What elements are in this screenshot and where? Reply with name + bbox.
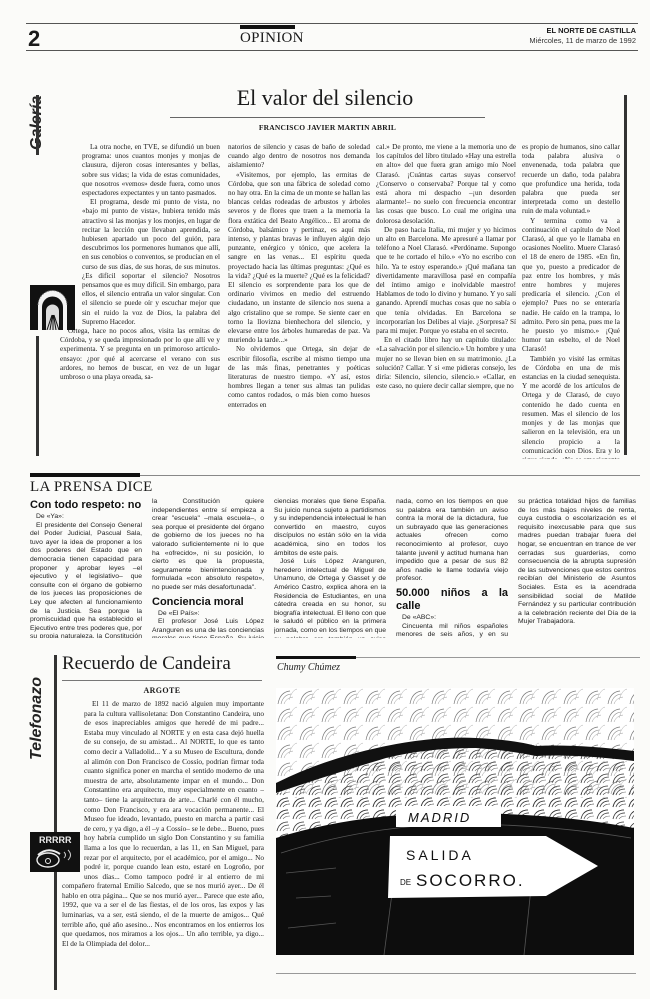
masthead-top-rule (26, 23, 638, 24)
road-sign-landscape-illustration: MADRID SALIDA DE SOCORRO. (276, 688, 634, 955)
prensa-column-2: la Constitución quiere independientes en… (152, 498, 264, 638)
svg-text:SALIDA: SALIDA (406, 847, 474, 863)
prensa-column-4: nada, como en los tiempos en que su pala… (396, 498, 508, 638)
prensa-section-bar (30, 473, 140, 477)
prensa-text: El presidente del Consejo General del Po… (30, 522, 142, 638)
prensa-text: José Luis López Aranguren, heredero inte… (274, 558, 386, 638)
prensa-headline: Conciencia moral (152, 596, 264, 609)
article-column-3: cal.» De pronto, me viene a la memoria u… (376, 143, 516, 459)
cartoon-section-rule (356, 657, 640, 658)
svg-text:MADRID: MADRID (408, 810, 471, 825)
prensa-text: Cincuenta mil niños españoles menores de… (396, 623, 508, 638)
paragraph: La otra noche, en TVE, se difundió un bu… (60, 143, 220, 198)
prensa-source: De «Ya»: (30, 513, 142, 522)
galeria-illustration-overlay (30, 285, 75, 330)
section-name: OPINION (240, 30, 298, 47)
issue-date: Miércoles, 11 de marzo de 1992 (529, 36, 636, 45)
section-bar (240, 25, 295, 29)
paragraph: es propio de humanos, sino callar toda p… (522, 143, 620, 217)
title-rule (170, 117, 485, 118)
telefonazo-side-rule (54, 655, 57, 990)
prensa-column-5: su práctica totalidad hijos de familias … (518, 498, 636, 638)
prensa-column-3: ciencias morales que tiene España. Su ju… (274, 498, 386, 638)
prensa-section-title: LA PRENSA DICE (30, 479, 153, 496)
galeria-right-rule (624, 95, 627, 455)
paragraph: El 11 de marzo de 1892 nació alguien muy… (62, 699, 264, 948)
masthead-bottom-rule (26, 50, 638, 51)
prensa-text-continued: la Constitución quiere independientes en… (152, 498, 264, 593)
prensa-column-1: Con todo respeto: no De «Ya»: El preside… (30, 496, 142, 638)
prensa-section-rule (140, 475, 640, 476)
column-author: ARGOTE (62, 686, 262, 695)
prensa-source: De «El País»: (152, 610, 264, 619)
paragraph: También yo visité las ermitas de Córdoba… (522, 355, 620, 459)
article-column-1-body: La otra noche, en TVE, se difundió un bu… (60, 143, 220, 459)
paragraph: «Visitemos, por ejemplo, las ermitas de … (228, 171, 370, 346)
article-column-2: natorios de silencio y casas de baño de … (228, 143, 370, 459)
cartoon-section-bar (276, 656, 356, 659)
prensa-headline: 50.000 niños a la calle (396, 587, 508, 613)
paragraph: No olvidemos que Ortega, sin dejar de es… (228, 345, 370, 409)
prensa-source: De «ABC»: (396, 614, 508, 623)
prensa-text: El profesor José Luis López Aranguren es… (152, 618, 264, 638)
svg-text:SOCORRO.: SOCORRO. (416, 871, 525, 890)
paragraph: natorios de silencio y casas de baño de … (228, 143, 370, 171)
arch-doorway-icon (30, 285, 75, 330)
paragraph: Ortega, hace no pocos años, visita las e… (60, 327, 220, 382)
ringing-phone-icon: RRRRR (30, 832, 80, 872)
paragraph: En el citado libro hay un capítulo titul… (376, 336, 516, 391)
article-author: FRANCISCO JAVIER MARTIN ABRIL (170, 123, 485, 132)
page-number: 2 (28, 28, 40, 50)
telefonazo-side-label: Telefonazo (28, 677, 46, 760)
article-column-4: es propio de humanos, sino callar toda p… (522, 143, 620, 459)
cartoonist-name: Chumy Chúmez (277, 662, 340, 673)
article-title: El valor del silencio (150, 85, 500, 111)
column-title: Recuerdo de Candeira (62, 653, 262, 675)
svg-text:DE: DE (400, 878, 411, 887)
svg-text:RRRRR: RRRRR (39, 835, 72, 845)
paragraph: De paso hacia Italia, mi mujer y yo hici… (376, 226, 516, 336)
galeria-side-rule-lower (36, 336, 39, 456)
paragraph: El programa, desde mi punto de vista, no… (60, 198, 220, 327)
cartoon-illustration: MADRID SALIDA DE SOCORRO. (276, 688, 634, 955)
paragraph: cal.» De pronto, me viene a la memoria u… (376, 143, 516, 226)
newspaper-name: EL NORTE DE CASTILLA (547, 26, 636, 35)
prensa-headline: Con todo respeto: no (30, 499, 142, 512)
telephone-cartoon: RRRRR (30, 832, 80, 872)
column-title-rule (62, 680, 262, 681)
telefonazo-body: El 11 de marzo de 1892 nació alguien muy… (62, 699, 264, 977)
paragraph: Y termina como va a continuación el capí… (522, 217, 620, 355)
galeria-side-rule (36, 95, 39, 155)
cartoon-bottom-rule (276, 973, 636, 974)
